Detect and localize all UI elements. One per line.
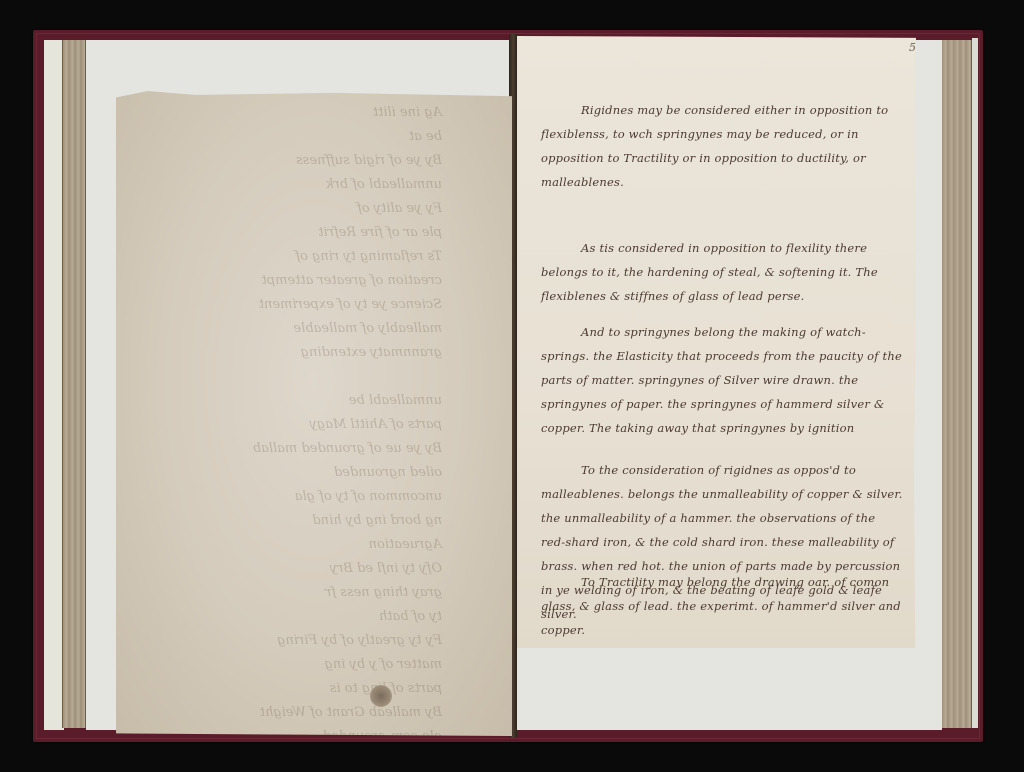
left-page-edges <box>62 40 86 728</box>
left-manuscript-leaf: Ag ine ilitt be at By ye of rigid suffne… <box>116 91 512 736</box>
ink-stain <box>370 685 392 707</box>
left-flyleaf <box>44 40 64 730</box>
paragraph-flexility: As tis considered in opposition to flexi… <box>541 236 903 308</box>
right-page-edges <box>941 40 972 728</box>
bleed-through-text: Ag ine ilitt be at By ye of rigid suffne… <box>116 91 512 736</box>
paragraph-tractility: To Tractility may belong the drawing oar… <box>541 570 903 642</box>
paragraph-rigidness: Rigidnes may be considered either in opp… <box>541 98 903 194</box>
right-flyleaf <box>972 38 978 728</box>
right-manuscript-leaf: 58 Rigidnes may be considered either in … <box>517 36 916 648</box>
paragraph-springyness: And to springynes belong the making of w… <box>541 320 903 440</box>
